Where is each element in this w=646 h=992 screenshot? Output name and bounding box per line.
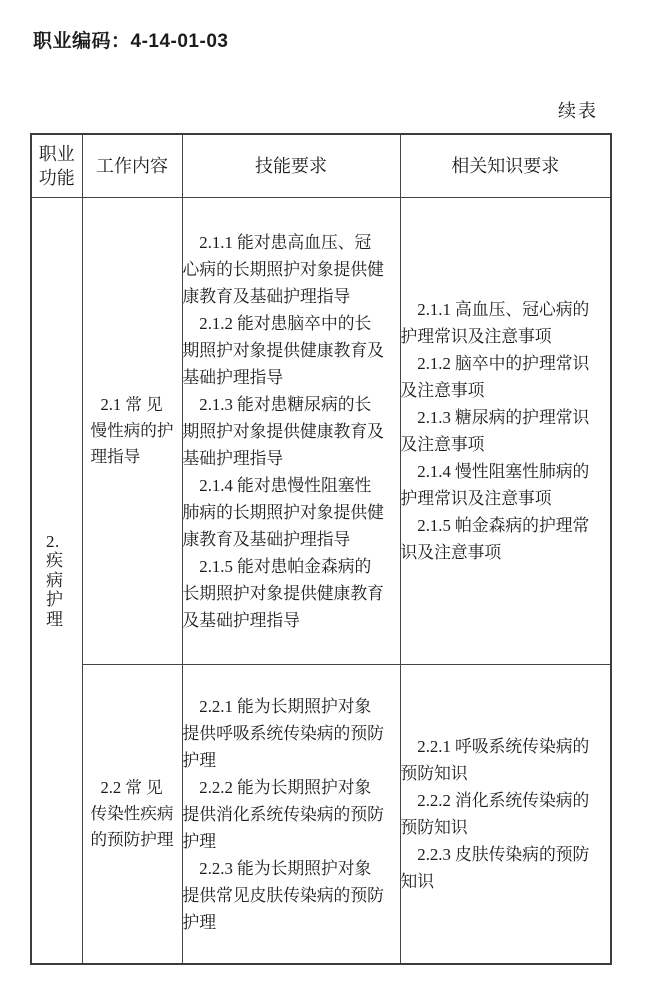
cell-knowledge-2-1: 2.1.1 高血压、冠心病的 护理常识及注意事项2.1.2 脑卒中的护理常识 及… — [400, 198, 611, 665]
cell-work-content-2-1: 2.1 常 见 慢性病的护 理指导 — [82, 198, 182, 665]
table-paragraph: 2.1.4 慢性阻塞性肺病的 护理常识及注意事项 — [401, 458, 611, 512]
work-content-2-2: 2.2 常 见 传染性疾病 的预防护理 — [83, 775, 182, 853]
table-paragraph: 2.1.5 能对患帕金森病的 长期照护对象提供健康教育 及基础护理指导 — [183, 553, 400, 634]
table-paragraph: 2.2.2 能为长期照护对象 提供消化系统传染病的预防 护理 — [183, 774, 400, 855]
cell-skills-2-1: 2.1.1 能对患高血压、冠 心病的长期照护对象提供健 康教育及基础护理指导2.… — [182, 198, 400, 665]
table-paragraph: 2.1.2 脑卒中的护理常识 及注意事项 — [401, 350, 611, 404]
cell-knowledge-2-2: 2.2.1 呼吸系统传染病的 预防知识2.2.2 消化系统传染病的 预防知识2.… — [400, 665, 611, 965]
job-code: 职业编码：4-14-01-03 — [33, 26, 228, 53]
standard-table-wrapper: 职业功能 工作内容 技能要求 相关知识要求 2. 疾 病 护 理 2.1 常 见… — [30, 133, 612, 965]
job-function-label: 2. 疾 病 护 理 — [32, 532, 82, 630]
table-paragraph: 2.1.3 能对患糖尿病的长 期照护对象提供健康教育及 基础护理指导 — [183, 391, 400, 472]
table-paragraph: 2.2.2 消化系统传染病的 预防知识 — [401, 787, 611, 841]
header-work-content: 工作内容 — [82, 134, 182, 198]
table-paragraph: 2.2.3 皮肤传染病的预防 知识 — [401, 841, 611, 895]
header-skill-requirements: 技能要求 — [182, 134, 400, 198]
table-row-2-1: 2. 疾 病 护 理 2.1 常 见 慢性病的护 理指导 2.1.1 能对患高血… — [31, 198, 611, 665]
occupational-standard-table: 职业功能 工作内容 技能要求 相关知识要求 2. 疾 病 护 理 2.1 常 见… — [30, 133, 612, 965]
header-knowledge-requirements: 相关知识要求 — [400, 134, 611, 198]
table-row-2-2: 2.2 常 见 传染性疾病 的预防护理 2.2.1 能为长期照护对象 提供呼吸系… — [31, 665, 611, 965]
header-job-function: 职业功能 — [31, 134, 82, 198]
cell-work-content-2-2: 2.2 常 见 传染性疾病 的预防护理 — [82, 665, 182, 965]
table-paragraph: 2.1.3 糖尿病的护理常识 及注意事项 — [401, 404, 611, 458]
table-paragraph: 2.1.1 高血压、冠心病的 护理常识及注意事项 — [401, 296, 611, 350]
table-paragraph: 2.1.4 能对患慢性阻塞性 肺病的长期照护对象提供健 康教育及基础护理指导 — [183, 472, 400, 553]
table-paragraph: 2.1.2 能对患脑卒中的长 期照护对象提供健康教育及 基础护理指导 — [183, 310, 400, 391]
table-paragraph: 2.1.5 帕金森病的护理常 识及注意事项 — [401, 512, 611, 566]
table-paragraph: 2.2.3 能为长期照护对象 提供常见皮肤传染病的预防 护理 — [183, 855, 400, 936]
cell-job-function: 2. 疾 病 护 理 — [31, 198, 82, 965]
cell-skills-2-2: 2.2.1 能为长期照护对象 提供呼吸系统传染病的预防 护理2.2.2 能为长期… — [182, 665, 400, 965]
continued-table-label: 续表 — [30, 97, 610, 123]
work-content-2-1: 2.1 常 见 慢性病的护 理指导 — [83, 392, 182, 470]
table-header-row: 职业功能 工作内容 技能要求 相关知识要求 — [31, 134, 611, 198]
table-paragraph: 2.1.1 能对患高血压、冠 心病的长期照护对象提供健 康教育及基础护理指导 — [183, 229, 400, 310]
table-paragraph: 2.2.1 能为长期照护对象 提供呼吸系统传染病的预防 护理 — [183, 693, 400, 774]
table-paragraph: 2.2.1 呼吸系统传染病的 预防知识 — [401, 733, 611, 787]
